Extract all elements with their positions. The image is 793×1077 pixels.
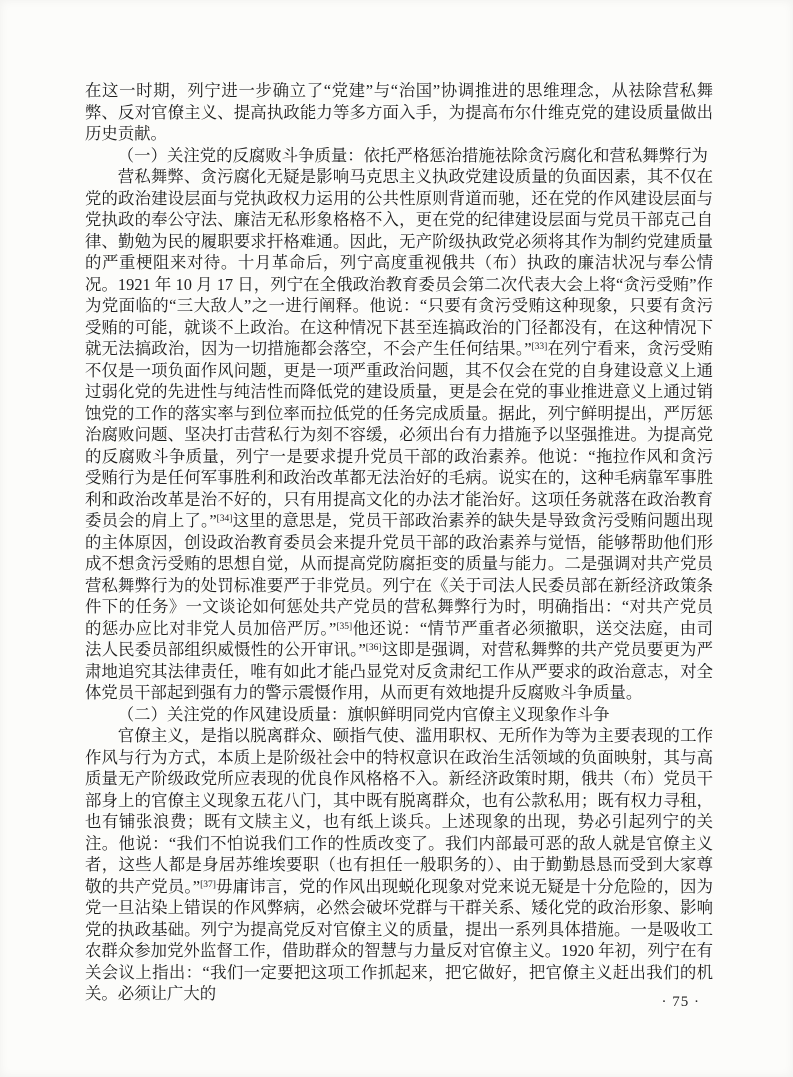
section-1-heading: （一）关注党的反腐败斗争质量：依托严格惩治措施祛除贪污腐化和营私舞弊行为 (85, 145, 713, 167)
footnote-ref-34: [34] (217, 514, 233, 524)
text-run: 官僚主义，是指以脱离群众、颐指气使、滥用职权、无所作为等为主要表现的工作作风与行… (85, 726, 713, 896)
journal-page: 在这一时期，列宁进一步确立了“党建”与“治国”协调推进的思维理念，从祛除营私舞弊… (0, 0, 793, 1077)
heading-text: （二）关注党的作风建设质量：旗帜鲜明同党内官僚主义现象作斗争 (118, 705, 610, 724)
section-2-heading: （二）关注党的作风建设质量：旗帜鲜明同党内官僚主义现象作斗争 (85, 704, 713, 726)
intro-paragraph: 在这一时期，列宁进一步确立了“党建”与“治国”协调推进的思维理念，从祛除营私舞弊… (85, 80, 713, 145)
footnote-ref-37: [37] (200, 880, 216, 890)
footnote-ref-35: [35] (336, 622, 352, 632)
text-column: 在这一时期，列宁进一步确立了“党建”与“治国”协调推进的思维理念，从祛除营私舞弊… (85, 80, 713, 1005)
page-number: · 75 · (662, 994, 701, 1011)
text-run: 在列宁看来，贪污受贿不仅是一项负面作风问题，更是一项严重政治问题，其不仅会在党的… (85, 339, 713, 530)
footnote-ref-36: [36] (366, 643, 382, 653)
text-run: 营私舞弊、贪污腐化无疑是影响马克思主义执政党建设质量的负面因素，其不仅在党的政治… (85, 167, 713, 358)
section-2-paragraph: 官僚主义，是指以脱离群众、颐指气使、滥用职权、无所作为等为主要表现的工作作风与行… (85, 725, 713, 1005)
text-run: 在这一时期，列宁进一步确立了“党建”与“治国”协调推进的思维理念，从祛除营私舞弊… (85, 81, 713, 143)
section-1-paragraph: 营私舞弊、贪污腐化无疑是影响马克思主义执政党建设质量的负面因素，其不仅在党的政治… (85, 166, 713, 704)
heading-text: （一）关注党的反腐败斗争质量：依托严格惩治措施祛除贪污腐化和营私舞弊行为 (118, 146, 708, 165)
footnote-ref-33: [33] (531, 342, 547, 352)
